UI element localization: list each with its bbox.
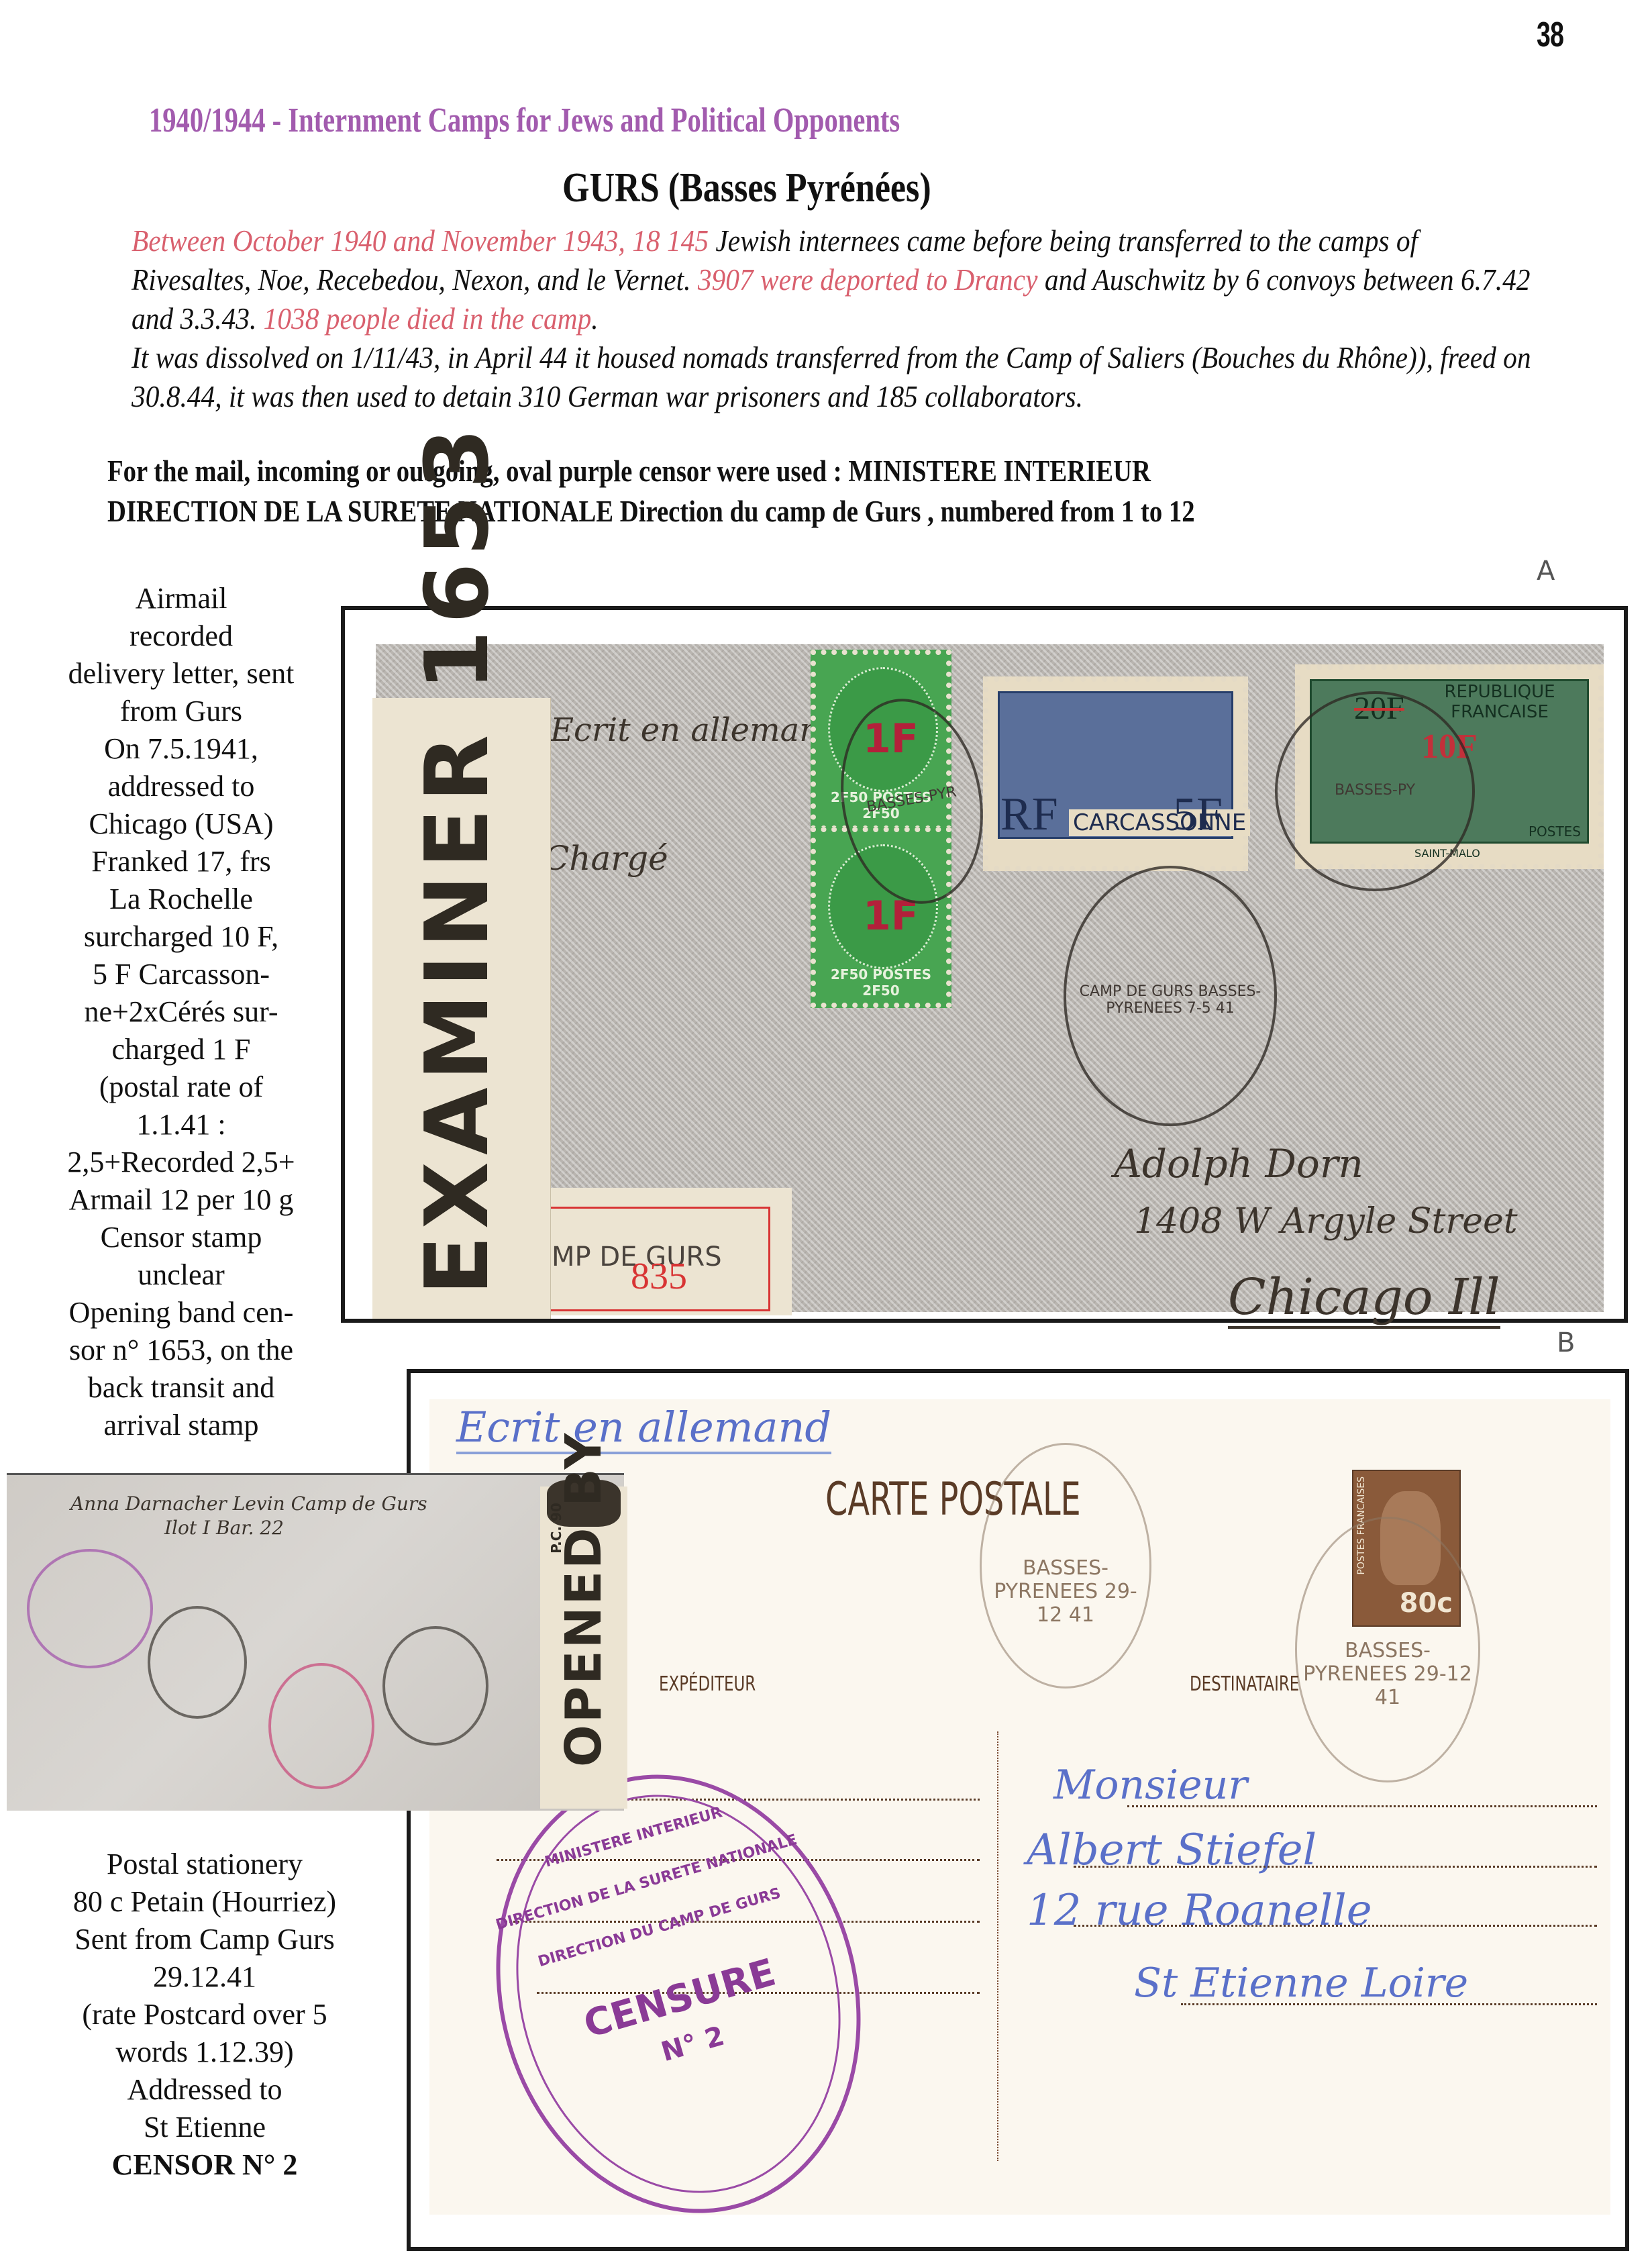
caption-censor-number: CENSOR N° 2	[54, 2146, 356, 2184]
caption-line: back transit and	[54, 1369, 309, 1407]
caption-line: 5 F Carcasson-	[54, 956, 309, 993]
handwritten-note: Chargé	[544, 839, 668, 878]
censor-band: EXAMINER 1653	[372, 698, 551, 1319]
address-line	[1074, 1866, 1597, 1868]
address-line	[1074, 1925, 1597, 1927]
recipient-street: 12 rue Roanelle	[1027, 1886, 1372, 1935]
intro-highlight: 1038 people died in the camp	[264, 301, 592, 336]
carcassonne-stamp: RF CARCASSONNE 5F	[983, 676, 1248, 871]
caption-line: Opening band cen-	[54, 1294, 309, 1331]
postmark	[148, 1606, 247, 1719]
registration-number: 835	[631, 1255, 687, 1298]
postmark: BASSES-PYRENEES 29-12 41	[1295, 1517, 1480, 1782]
caption-line: 80 c Petain (Hourriez)	[54, 1883, 356, 1921]
caption-line: Armail 12 per 10 g	[54, 1181, 309, 1219]
censor-tape-text: OPENED BY	[555, 1478, 613, 1767]
stamp-postes: POSTES	[1529, 823, 1581, 840]
page-title: GURS (Basses Pyrénées)	[562, 164, 931, 212]
caption-line: On 7.5.1941,	[54, 730, 309, 768]
address-street: 1408 W Argyle Street	[1134, 1201, 1518, 1242]
stamp-value: 2F50 POSTES 2F50	[816, 966, 946, 999]
intro-paragraph-2: It was dissolved on 1/11/43, in April 44…	[132, 338, 1539, 416]
caption-line: delivery letter, sent	[54, 655, 309, 693]
caption-line: Chicago (USA)	[54, 805, 309, 843]
item-a-caption: Airmail recorded delivery letter, sent f…	[54, 580, 309, 1444]
caption-line: recorded	[54, 617, 309, 655]
caption-line: 1.1.41 :	[54, 1106, 309, 1144]
caption-line: ne+2xCérés sur-	[54, 993, 309, 1031]
envelope-back: Anna Darnacher Levin Camp de Gurs Ilot I…	[7, 1473, 624, 1811]
postmark	[27, 1549, 153, 1668]
caption-line: 2,5+Recorded 2,5+	[54, 1144, 309, 1181]
censor-tape: P.C. 90 OPENED BY	[540, 1487, 627, 1809]
caption-line: (postal rate of	[54, 1068, 309, 1106]
postmark: CAMP DE GURS BASSES-PYRENEES 7-5 41	[1064, 866, 1277, 1126]
caption-line: sor n° 1653, on the	[54, 1331, 309, 1369]
censor-band-text: EXAMINER 1653	[406, 725, 520, 1295]
address-city: Chicago Ill	[1228, 1268, 1500, 1329]
caption-line: arrival stamp	[54, 1407, 309, 1444]
item-a-label: A	[1537, 556, 1555, 587]
postmark: BASSES-PY	[1275, 691, 1475, 891]
intro-highlight: Between October 1940 and November 1943, …	[132, 223, 709, 258]
caption-line: Postal stationery	[54, 1846, 356, 1883]
caption-line: Addressed to	[54, 2071, 356, 2109]
caption-line: Franked 17, frs	[54, 843, 309, 880]
caption-line: 29.12.41	[54, 1958, 356, 1996]
recipient-salutation: Monsieur	[1053, 1762, 1247, 1809]
caption-line: charged 1 F	[54, 1031, 309, 1068]
postmark	[268, 1663, 374, 1789]
registration-label: MP DE GURS 835	[544, 1188, 792, 1315]
caption-line: Censor stamp	[54, 1219, 309, 1256]
postmark	[382, 1626, 488, 1746]
item-b-caption: Postal stationery 80 c Petain (Hourriez)…	[54, 1846, 356, 2184]
caption-line: Sent from Camp Gurs	[54, 1921, 356, 1958]
address-name: Adolph Dorn	[1114, 1141, 1363, 1187]
caption-line: (rate Postcard over 5	[54, 1996, 356, 2033]
handwritten-note: Ecrit en allemand	[456, 1403, 831, 1454]
page-number: 38	[1537, 15, 1563, 55]
stamp-value: 5F	[1173, 788, 1223, 842]
censor-note-line-1: For the mail, incoming or outgoing, oval…	[107, 451, 1492, 491]
recipient-label: DESTINATAIRE	[1190, 1672, 1299, 1696]
caption-line: from Gurs	[54, 693, 309, 730]
handwritten-note: Ecrit en allemand	[550, 711, 841, 749]
caption-line: surcharged 10 F,	[54, 918, 309, 956]
postmark: BASSES-PYRENEES 29-12 41	[980, 1443, 1151, 1689]
address-line	[1127, 1805, 1597, 1807]
intro-highlight: 3907 were deported to Drancy	[698, 262, 1038, 297]
stamp-name: CARCASSONNE	[1069, 809, 1250, 836]
caption-line: Airmail	[54, 580, 309, 617]
caption-line: St Etienne	[54, 2109, 356, 2146]
caption-line: words 1.12.39)	[54, 2033, 356, 2071]
stamp-rf: RF	[1000, 788, 1058, 842]
caption-line: addressed to	[54, 768, 309, 805]
intro-text: Between October 1940 and November 1943, …	[132, 221, 1539, 416]
intro-paragraph-1: Between October 1940 and November 1943, …	[132, 221, 1539, 338]
item-b-label: B	[1557, 1327, 1575, 1358]
censor-note: For the mail, incoming or outgoing, oval…	[107, 451, 1492, 532]
envelope-back-sender: Anna Darnacher Levin Camp de Gurs Ilot I…	[70, 1492, 427, 1540]
sender-label: EXPÉDITEUR	[659, 1672, 756, 1696]
intro-text-run: .	[591, 301, 598, 336]
caption-line: La Rochelle	[54, 880, 309, 918]
caption-line: unclear	[54, 1256, 309, 1294]
recipient-city: St Etienne Loire	[1134, 1960, 1468, 2007]
page-subtitle: 1940/1944 - Internment Camps for Jews an…	[149, 101, 900, 140]
address-line	[1181, 2003, 1597, 2005]
censor-note-line-2: DIRECTION DE LA SURETE NATIONALE Directi…	[107, 491, 1492, 532]
card-divider	[997, 1731, 998, 2161]
